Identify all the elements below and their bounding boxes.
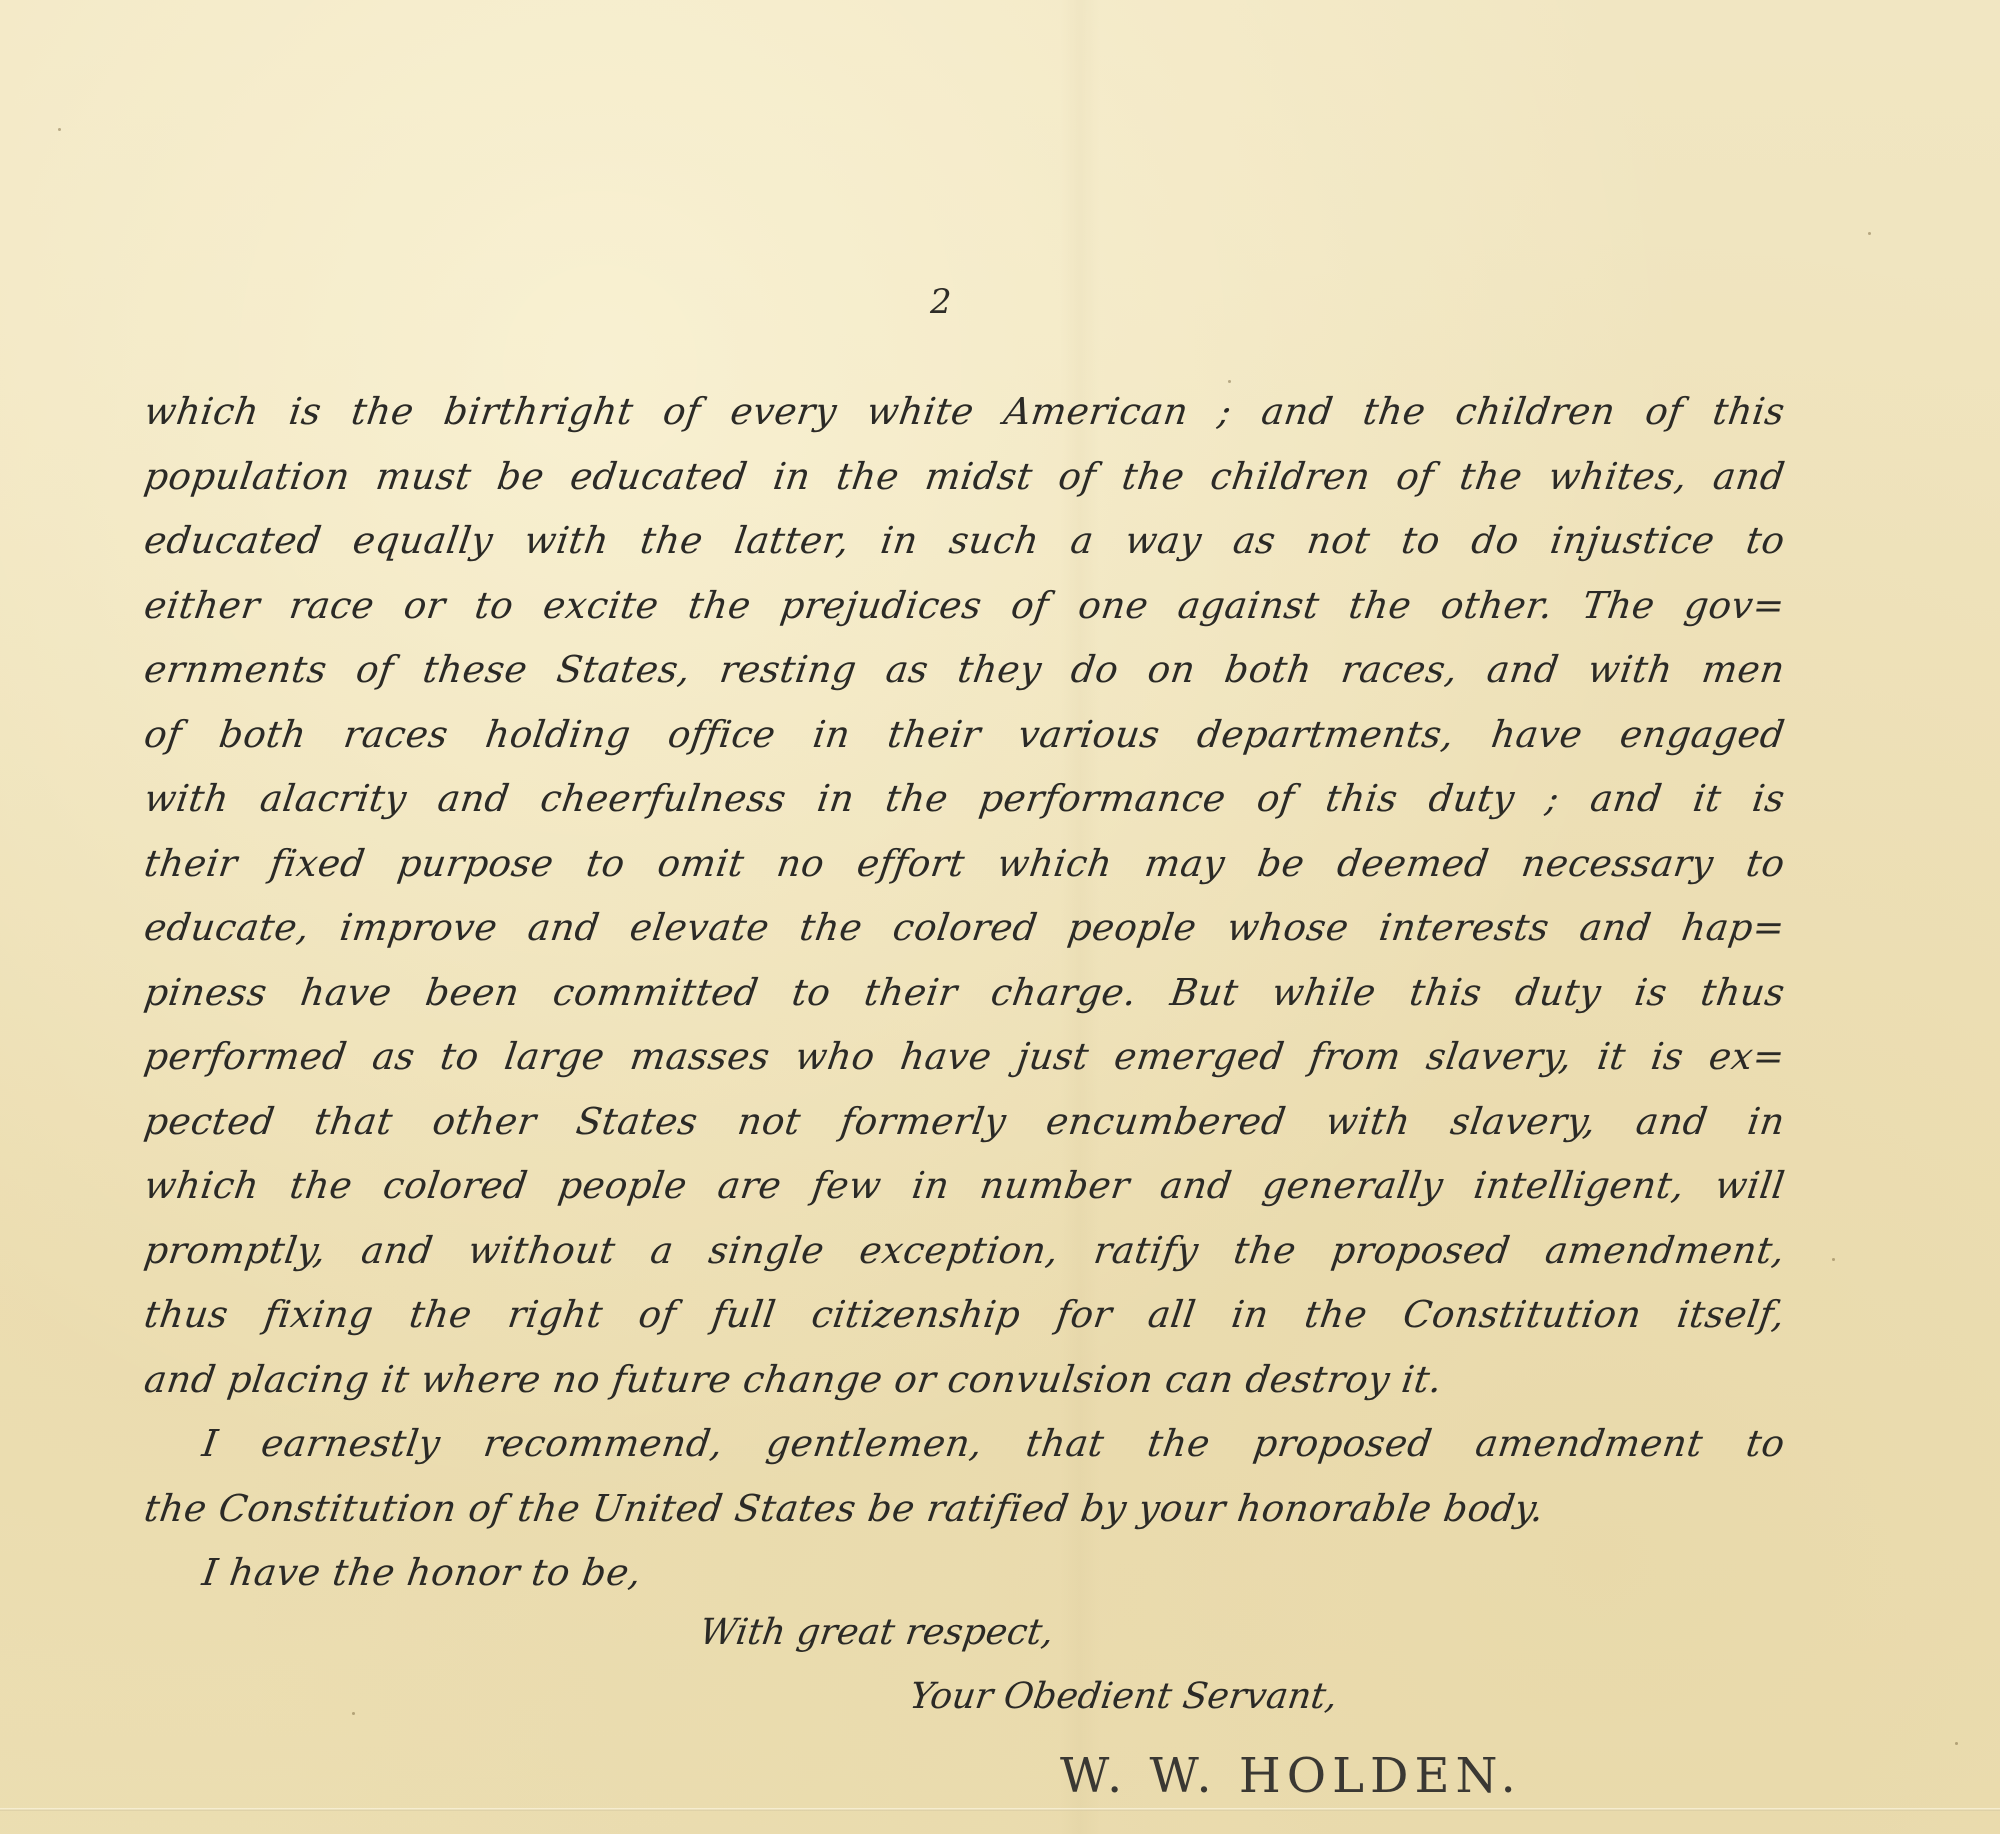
paper-speck [1868,232,1871,235]
body-line: either race or to excite the prejudices … [140,574,1789,639]
signature: W. W. HOLDEN. [1060,1748,1522,1804]
body-line: which is the birthright of every white A… [140,380,1789,445]
body-line: performed as to large masses who have ju… [140,1025,1789,1090]
body-line: which the colored people are few in numb… [140,1154,1789,1219]
body-line: educate, improve and elevate the colored… [140,896,1789,961]
paper-fold-line [0,1808,2000,1811]
recommendation-line: the Constitution of the United States be… [140,1477,1789,1542]
body-line: and placing it where no future change or… [140,1348,1789,1413]
body-line: of both races holding office in their va… [140,703,1789,768]
paper-speck [1832,1258,1835,1261]
body-line: ernments of these States, resting as the… [140,638,1789,703]
body-line: with alacrity and cheerfulness in the pe… [140,767,1789,832]
honor-line: I have the honor to be, [140,1541,1789,1606]
body-line: pected that other States not formerly en… [140,1090,1789,1155]
paper-speck [58,128,61,131]
page-number: 2 [930,282,952,322]
body-line: piness have been committed to their char… [140,961,1789,1026]
body-line: promptly, and without a single exception… [140,1219,1789,1284]
body-line: their fixed purpose to omit no effort wh… [140,832,1789,897]
paper-speck [1955,1742,1958,1745]
closing-servant: Your Obedient Servant, [907,1676,1340,1717]
letter-body: which is the birthright of every white A… [140,380,1780,1606]
body-line: population must be educated in the midst… [140,445,1789,510]
body-line: thus fixing the right of full citizenshi… [140,1283,1789,1348]
recommendation-line: I earnestly recommend, gentlemen, that t… [140,1412,1789,1477]
paper-speck [352,1712,355,1715]
body-line: educated equally with the latter, in suc… [140,509,1789,574]
closing-respect: With great respect, [697,1612,1056,1653]
